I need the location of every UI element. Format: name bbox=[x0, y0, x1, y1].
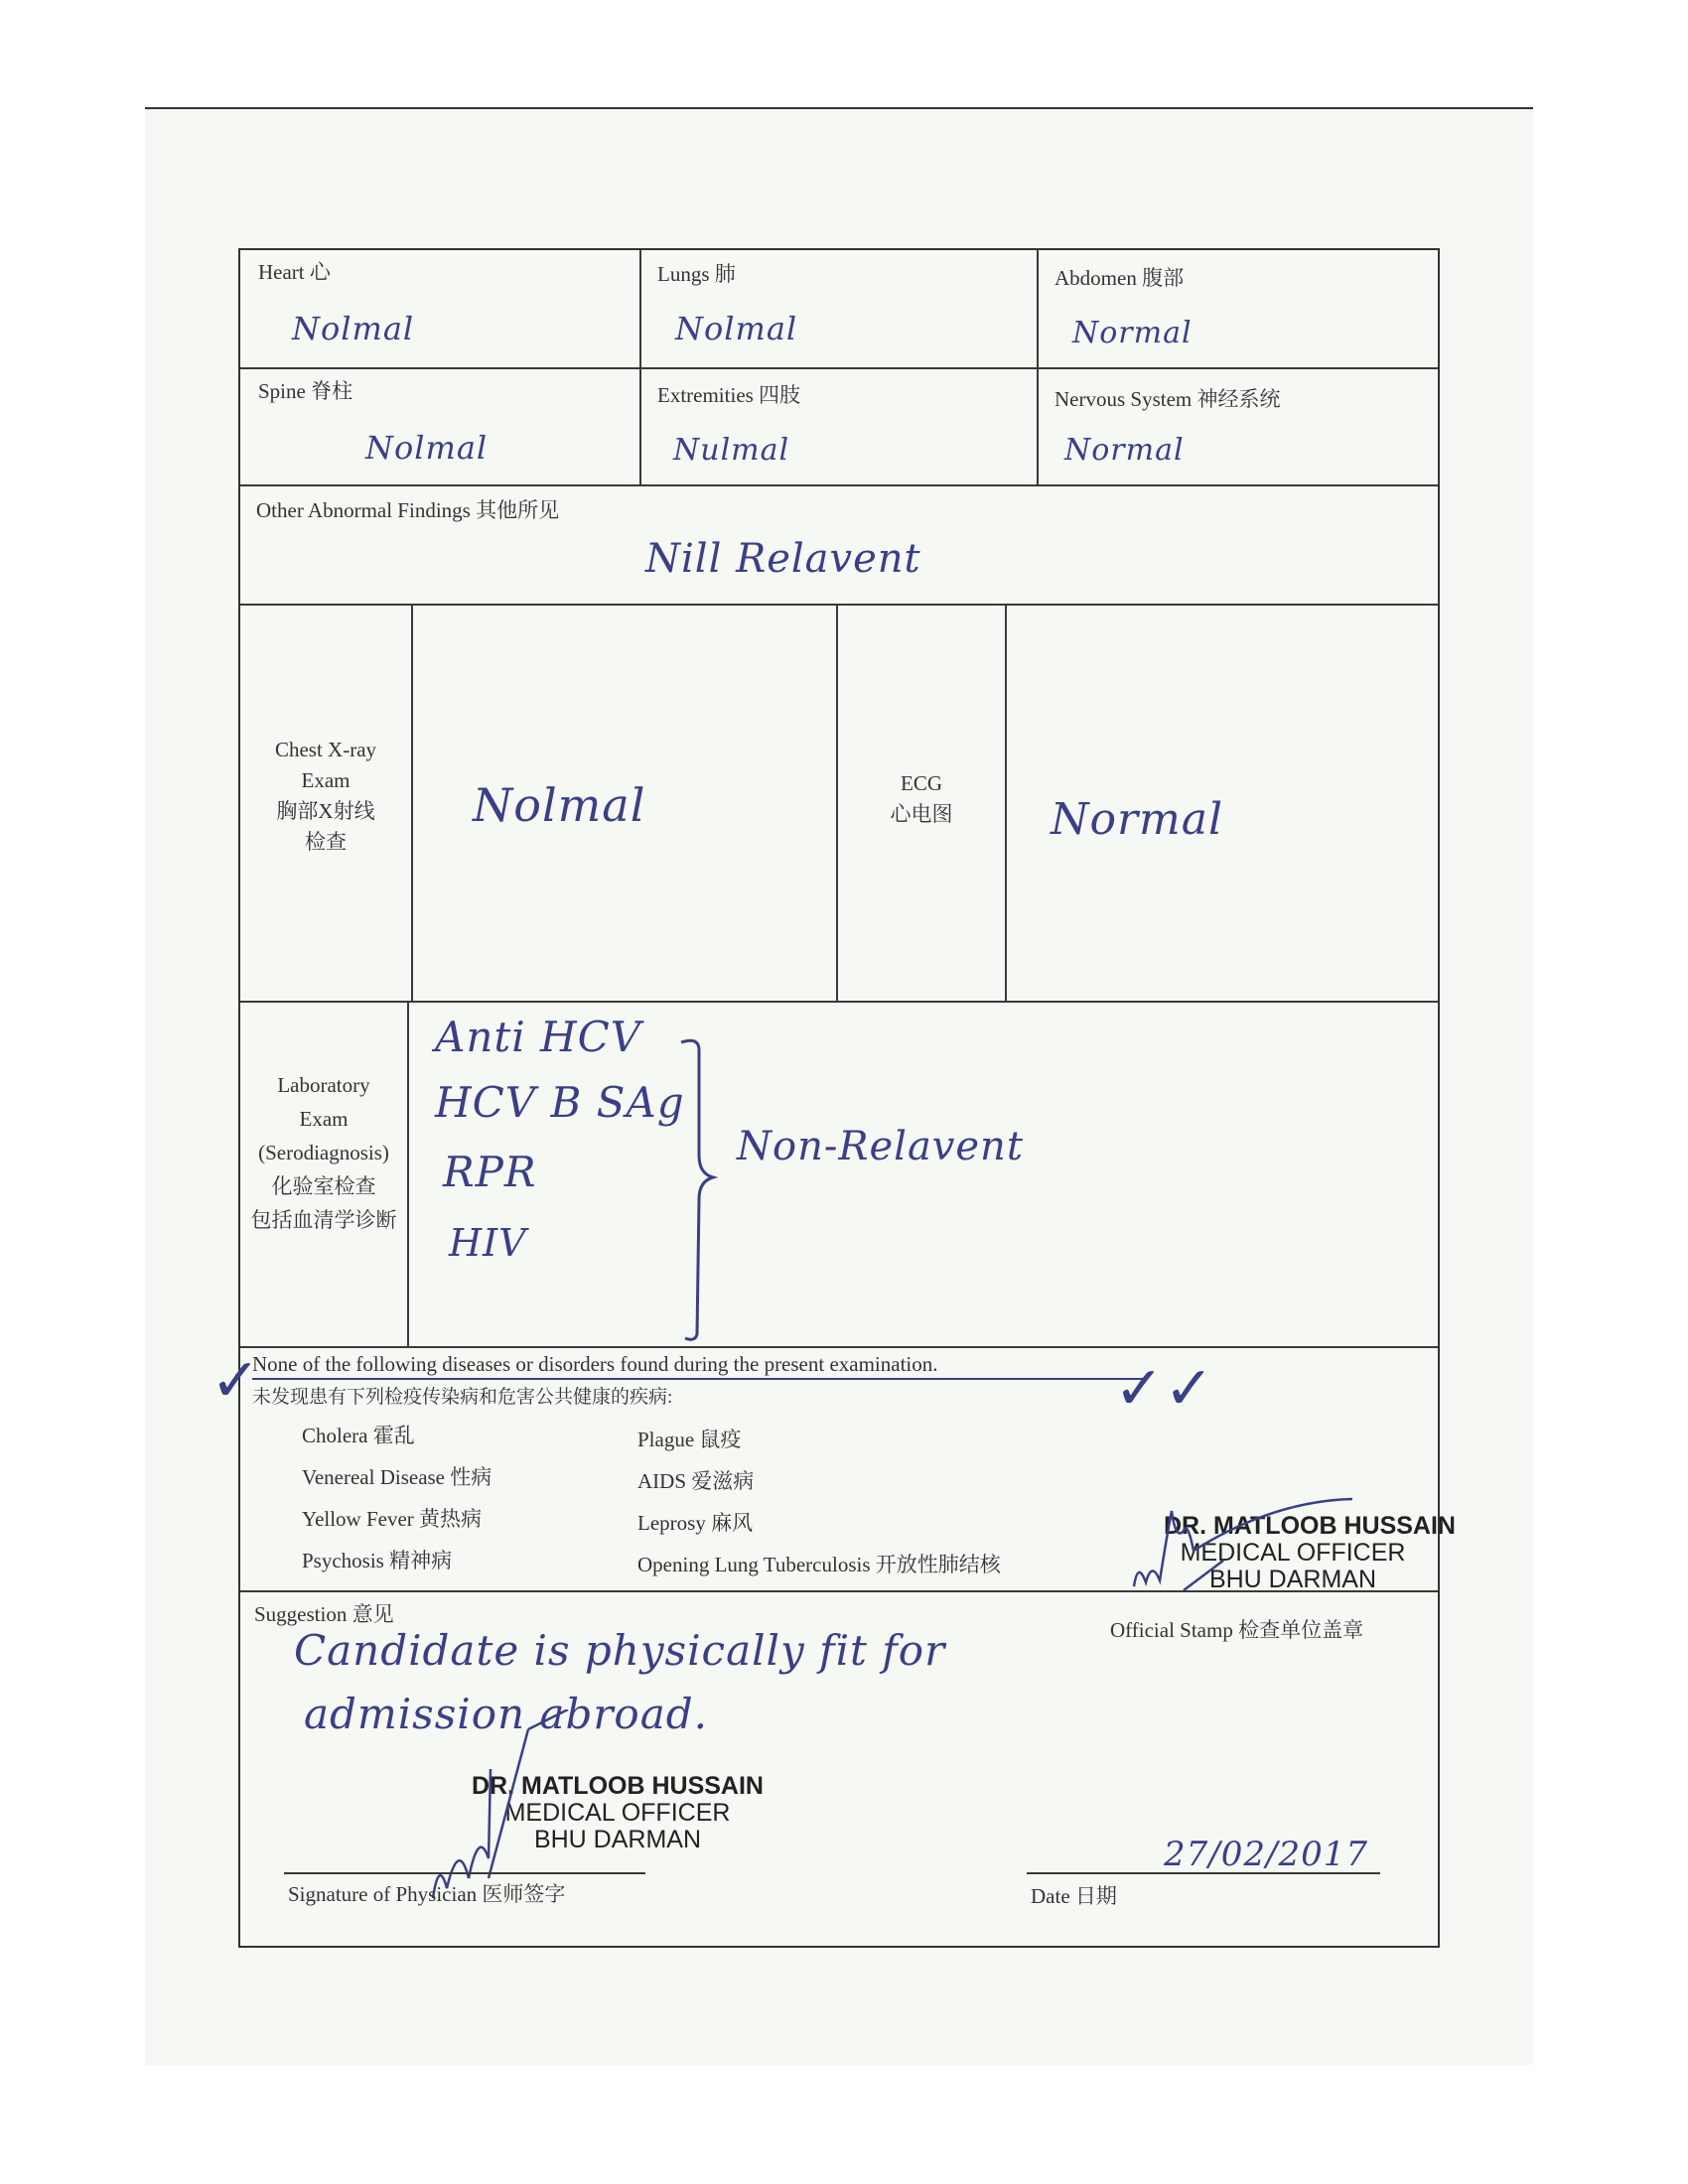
label-line: 心电图 bbox=[838, 799, 1005, 830]
divider bbox=[240, 367, 1438, 369]
divider bbox=[407, 1001, 409, 1346]
divider bbox=[1037, 250, 1039, 484]
chest-xray-value: Nolmal bbox=[473, 778, 645, 832]
divider bbox=[1005, 604, 1007, 1001]
label-line: Laboratory bbox=[240, 1068, 407, 1102]
nervous-system-value: Normal bbox=[1064, 433, 1185, 468]
signature-line bbox=[284, 1872, 645, 1874]
statement-underline bbox=[252, 1378, 1144, 1380]
divider bbox=[411, 604, 413, 1001]
ecg-value: Normal bbox=[1051, 794, 1223, 845]
suggestion-line-1: Candidate is physically fit for bbox=[294, 1626, 945, 1675]
official-stamp-label: Official Stamp 检查单位盖章 bbox=[1110, 1614, 1363, 1644]
lab-test: HCV B SAg bbox=[435, 1078, 685, 1127]
abdomen-value: Normal bbox=[1072, 316, 1193, 350]
disease-item: AIDS 爱滋病 bbox=[637, 1465, 754, 1495]
divider bbox=[240, 1346, 1438, 1348]
medical-exam-form: Heart 心 Nolmal Lungs 肺 Nolmal Abdomen 腹部… bbox=[238, 248, 1440, 1948]
signature-scribble-icon bbox=[1124, 1491, 1372, 1600]
label-line: 胸部X射线 bbox=[240, 796, 411, 827]
spine-value: Nolmal bbox=[365, 429, 488, 467]
lab-result: Non-Relavent bbox=[737, 1124, 1024, 1169]
disease-item: Opening Lung Tuberculosis 开放性肺结核 bbox=[637, 1549, 1001, 1578]
diseases-statement-zh: 未发现患有下列检疫传染病和危害公共健康的疾病: bbox=[252, 1382, 672, 1409]
disease-item: Leprosy 麻风 bbox=[637, 1507, 753, 1537]
label-line: ECG bbox=[838, 768, 1005, 799]
label-line: Exam bbox=[240, 765, 411, 796]
lab-test: HIV bbox=[449, 1221, 527, 1265]
label-line: 检查 bbox=[240, 827, 411, 858]
disease-item: Yellow Fever 黄热病 bbox=[302, 1503, 482, 1533]
disease-item: Plague 鼠疫 bbox=[637, 1424, 741, 1453]
divider bbox=[240, 484, 1438, 486]
disease-item: Cholera 霍乱 bbox=[302, 1420, 415, 1449]
date-label: Date 日期 bbox=[1031, 1880, 1117, 1910]
abdomen-label: Abdomen 腹部 bbox=[1055, 262, 1184, 292]
suggestion-label: Suggestion 意见 bbox=[254, 1598, 394, 1628]
other-findings-value: Nill Relavent bbox=[645, 536, 921, 582]
label-line: (Serodiagnosis) bbox=[240, 1136, 407, 1169]
lungs-value: Nolmal bbox=[675, 310, 797, 347]
signature-label: Signature of Physician 医师签字 bbox=[288, 1878, 565, 1908]
spine-label: Spine 脊柱 bbox=[258, 375, 352, 405]
label-line: Chest X-ray bbox=[240, 735, 411, 765]
disease-item: Venereal Disease 性病 bbox=[302, 1461, 492, 1491]
disease-item: Psychosis 精神病 bbox=[302, 1545, 452, 1574]
divider bbox=[240, 1001, 1438, 1003]
lungs-label: Lungs 肺 bbox=[657, 258, 736, 288]
double-checkmark-icon: ✓✓ bbox=[1114, 1354, 1214, 1424]
nervous-system-label: Nervous System 神经系统 bbox=[1055, 383, 1281, 413]
extremities-label: Extremities 四肢 bbox=[657, 379, 800, 409]
laboratory-label: Laboratory Exam (Serodiagnosis) 化验室检查 包括… bbox=[240, 1068, 407, 1237]
other-findings-label: Other Abnormal Findings 其他所见 bbox=[256, 494, 559, 524]
date-value: 27/02/2017 bbox=[1164, 1835, 1368, 1874]
lab-test: RPR bbox=[443, 1148, 537, 1196]
brace-icon bbox=[677, 1036, 727, 1344]
divider bbox=[240, 1590, 1438, 1592]
checkmark-icon: ✓ bbox=[211, 1346, 260, 1416]
extremities-value: Nulmal bbox=[673, 433, 789, 468]
divider bbox=[639, 250, 641, 484]
label-line: Exam bbox=[240, 1102, 407, 1136]
heart-value: Nolmal bbox=[292, 310, 414, 347]
lab-test: Anti HCV bbox=[435, 1013, 641, 1061]
divider bbox=[240, 604, 1438, 606]
chest-xray-label: Chest X-ray Exam 胸部X射线 检查 bbox=[240, 735, 411, 858]
label-line: 包括血清学诊断 bbox=[240, 1203, 407, 1237]
diseases-statement-en: None of the following diseases or disord… bbox=[252, 1352, 938, 1377]
label-line: 化验室检查 bbox=[240, 1169, 407, 1203]
ecg-label: ECG 心电图 bbox=[838, 768, 1005, 830]
heart-label: Heart 心 bbox=[258, 256, 331, 286]
